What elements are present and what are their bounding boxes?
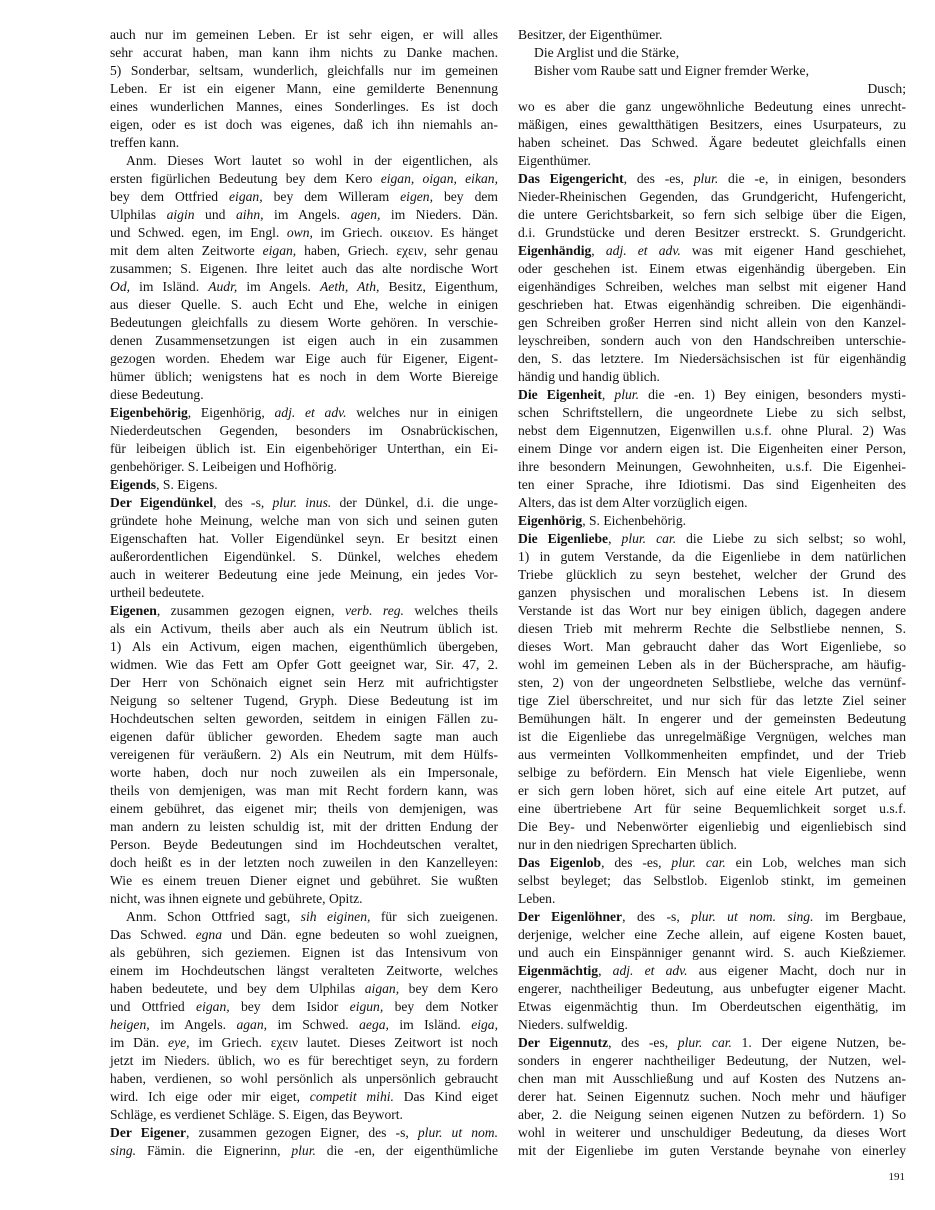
- text-line: Das Eigengericht, des -es, plur. die -e,…: [518, 170, 906, 188]
- text-line: mit dem alten Zeitworte eigan, haben, Gr…: [110, 242, 498, 260]
- text-line: eigenen dafür üblicher geworden. Ehedem …: [110, 728, 498, 746]
- text-line: treffen kann.: [110, 134, 498, 152]
- text-line: er sich gern loben höret, sich auf eine …: [518, 782, 906, 800]
- text-line: Eigenthümer.: [518, 152, 906, 170]
- text-line: einem gebühret, das eigenet mir; theils …: [110, 800, 498, 818]
- text-line: ten einer Sprache, ihre Idiotismi. Das s…: [518, 476, 906, 494]
- text-line: mäßigen, eines gewaltthätigen Besitzers,…: [518, 116, 906, 134]
- text-line: Verstande ist das Wort nur bey einigen ü…: [518, 602, 906, 620]
- text-line: Hochdeutschen selten geworden, seitdem i…: [110, 710, 498, 728]
- text-line: wird. Ich eige oder mir eiget, competit …: [110, 1088, 498, 1106]
- text-line: als gebühren, sich geziemen. Eignen ist …: [110, 944, 498, 962]
- text-line: Der Eigendünkel, des -s, plur. inus. der…: [110, 494, 498, 512]
- text-line: selbst beyleget; das Selbstlob. Eigenlob…: [518, 872, 906, 890]
- text-line: Ulphilas aigin und aihn, im Angels. agen…: [110, 206, 498, 224]
- text-line: aus vermeinten Vollkommenheiten empfinde…: [518, 746, 906, 764]
- text-line: dieses Wort. Man gebraucht daher das Wor…: [518, 638, 906, 656]
- text-line: 1) Als ein Activum, eigen machen, eigent…: [110, 638, 498, 656]
- right-column: Besitzer, der Eigenthümer.Die Arglist un…: [518, 26, 906, 1160]
- text-line: ganzen physischen und moralischen Lebens…: [518, 584, 906, 602]
- text-line: Etwas eigenmächtig thun. Im Oberdeutsche…: [518, 998, 906, 1016]
- text-line: derer hat. Seinen Eigennutz suchen. Noch…: [518, 1088, 906, 1106]
- text-line: Der Eigenlöhner, des -s, plur. ut nom. s…: [518, 908, 906, 926]
- text-line: 1) in gutem Verstande, da die Eigenliebe…: [518, 548, 906, 566]
- text-line: schen Schriftstellern, die ungeordnete L…: [518, 404, 906, 422]
- text-line: Der Eigener, zusammen gezogen Eigner, de…: [110, 1124, 498, 1142]
- text-line: hümer üblich; wenigstens hat es noch in …: [110, 368, 498, 386]
- text-line: sten, 2) von der ungeordneten Selbstlieb…: [518, 674, 906, 692]
- text-line: auch nur im gemeinen Leben. Er ist sehr …: [110, 26, 498, 44]
- text-line: Nieder-Rheinischen Gegenden, das Grundge…: [518, 188, 906, 206]
- text-line: einem Dinge vor andern eigen ist. Die Ei…: [518, 440, 906, 458]
- text-line: doch heißt es in der letzten noch zuweil…: [110, 854, 498, 872]
- text-line: aus dieser Quelle. S. auch Echt und Ehe,…: [110, 296, 498, 314]
- text-line: Niederdeutschen Gegenden, besonders im O…: [110, 422, 498, 440]
- text-line: den, S. das letztere. Im Niedersächsisch…: [518, 350, 906, 368]
- text-line: wohl im gemeinen Leben als in der Bücher…: [518, 656, 906, 674]
- text-line: Wie es einem treuen Diener eignet und ge…: [110, 872, 498, 890]
- text-line: auch in weiterer Bedeutung eine jede Mei…: [110, 566, 498, 584]
- text-line: Od, im Isländ. Audr, im Angels. Aeth, At…: [110, 278, 498, 296]
- text-line: Nieders. sulfweldig.: [518, 1016, 906, 1034]
- text-line: Person. Beyde Bedeutungen sind im Hochde…: [110, 836, 498, 854]
- text-line: sehr accurat haben, man kann ihm nichts …: [110, 44, 498, 62]
- text-line: eine übertriebene Art für seine Bequemli…: [518, 800, 906, 818]
- text-line: gründete hohe Meinung, welche man von si…: [110, 512, 498, 530]
- text-line: leyschreiben, sondern auch von den Hands…: [518, 332, 906, 350]
- text-line: gezogen worden. Ehedem war Eige auch für…: [110, 350, 498, 368]
- text-line: händig und handig üblich.: [518, 368, 906, 386]
- text-line: man andern zu leisten schuldig ist, mit …: [110, 818, 498, 836]
- text-line: urtheil bedeutete.: [110, 584, 498, 602]
- text-line: die untere Gerichtsbarkeit, so fern sich…: [518, 206, 906, 224]
- text-line: Die Arglist und die Stärke,: [518, 44, 906, 62]
- text-line: als ein Activum, theils aber auch als ei…: [110, 620, 498, 638]
- text-line: ist die Eigenliebe das unregelmäßige Ver…: [518, 728, 906, 746]
- text-line: sonders in engerer nachtheiliger Bedeutu…: [518, 1052, 906, 1070]
- text-line: mit der Eigenliebe im guten Verstande be…: [518, 1142, 906, 1160]
- text-line: und auch ein Einspänniger genannt wird. …: [518, 944, 906, 962]
- text-line: Der Eigennutz, des -es, plur. car. 1. De…: [518, 1034, 906, 1052]
- text-line: Eigenschaften hat. Voller Eigendünkel se…: [110, 530, 498, 548]
- text-line: Der Herr von Schönaich eignet sein Herz …: [110, 674, 498, 692]
- text-line: Bisher vom Raube satt und Eigner fremder…: [518, 62, 906, 80]
- text-line: genbehöriger. S. Leibeigen und Hofhörig.: [110, 458, 498, 476]
- text-line: für leibeigen üblich ist. Ein eigenbehör…: [110, 440, 498, 458]
- text-line: 5) Sonderbar, seltsam, wunderlich, gleic…: [110, 62, 498, 80]
- text-line: nebst dem Eigennutzen, Eigenwillen u.s.f…: [518, 422, 906, 440]
- text-line: Eigenbehörig, Eigenhörig, adj. et adv. w…: [110, 404, 498, 422]
- text-line: eigen, oder es ist doch was eigenes, daß…: [110, 116, 498, 134]
- text-line: nur in den niedrigen Sprecharten üblich.: [518, 836, 906, 854]
- text-line: Eigenhörig, S. Eichenbehörig.: [518, 512, 906, 530]
- text-line: haben, verdienen, so wohl persönlich als…: [110, 1070, 498, 1088]
- text-line: Neigung so seltener Tugend, Gryph. Diese…: [110, 692, 498, 710]
- text-line: derjenige, welcher eine Zeche allein, au…: [518, 926, 906, 944]
- text-line: sing. Fämin. die Eignerinn, plur. die -e…: [110, 1142, 498, 1160]
- text-line: wo es aber die ganz ungewöhnliche Bedeut…: [518, 98, 906, 116]
- text-line: Anm. Dieses Wort lautet so wohl in der e…: [110, 152, 498, 170]
- text-line: haben bedeutete, und bey dem Ulphilas ai…: [110, 980, 498, 998]
- text-line: vereigenen für veräußern. 2) Als ein Neu…: [110, 746, 498, 764]
- text-line: jetzt im Nieders. üblich, wo es für bere…: [110, 1052, 498, 1070]
- text-line: zusammen; S. Eigenen. Ihre leitet auch d…: [110, 260, 498, 278]
- text-line: widmen. Wie das Fett am Opfer Gott geeig…: [110, 656, 498, 674]
- text-line: gen Schreiben großer Herren sind nicht a…: [518, 314, 906, 332]
- text-line: Eigenhändig, adj. et adv. was mit eigene…: [518, 242, 906, 260]
- text-line: ihre besondern Meinungen, Gewohnheiten, …: [518, 458, 906, 476]
- text-line: Dusch;: [518, 80, 906, 98]
- text-line: und Schwed. egen, im Engl. own, im Griec…: [110, 224, 498, 242]
- text-line: bey dem Ottfried eigan, bey dem Willeram…: [110, 188, 498, 206]
- text-line: außerordentlichen Eigendünkel. S. Dünkel…: [110, 548, 498, 566]
- text-line: Die Bey- und Nebenwörter eigenliebig und…: [518, 818, 906, 836]
- text-line: selbige zu befördern. Ein Mensch hat vie…: [518, 764, 906, 782]
- text-line: chen man mit Ausschließung und auf Koste…: [518, 1070, 906, 1088]
- text-line: einem im Hochdeutschen längst veralteten…: [110, 962, 498, 980]
- text-line: diese Bedeutung.: [110, 386, 498, 404]
- text-line: Bemühungen hält. In engerer und der geme…: [518, 710, 906, 728]
- text-line: eigenhändiges Schreiben, welches man sel…: [518, 278, 906, 296]
- text-line: Besitzer, der Eigenthümer.: [518, 26, 906, 44]
- text-line: Eigenen, zusammen gezogen eignen, verb. …: [110, 602, 498, 620]
- text-line: Das Schwed. egna und Dän. egne bedeuten …: [110, 926, 498, 944]
- text-line: Die Eigenliebe, plur. car. die Liebe zu …: [518, 530, 906, 548]
- text-line: Triebe glücklich zu seyn bestehet, welch…: [518, 566, 906, 584]
- text-line: heigen, im Angels. agan, im Schwed. aega…: [110, 1016, 498, 1034]
- text-line: ersten figürlichen Bedeutung bey dem Ker…: [110, 170, 498, 188]
- text-line: und Ottfried eigan, bey dem Isidor eigun…: [110, 998, 498, 1016]
- text-line: Das Eigenlob, des -es, plur. car. ein Lo…: [518, 854, 906, 872]
- text-line: denen Zusammensetzungen ist eigen auch i…: [110, 332, 498, 350]
- text-line: worte haben, doch nur noch zuweilen als …: [110, 764, 498, 782]
- page-number: 191: [889, 1171, 906, 1183]
- text-line: Bedeutungen gleichfalls zu diesem Worte …: [110, 314, 498, 332]
- text-line: haben scheinet. Das Schwed. Ägare bedeut…: [518, 134, 906, 152]
- text-line: nicht, was ihnen eignete und gebührete, …: [110, 890, 498, 908]
- text-line: Die Eigenheit, plur. die -en. 1) Bey ein…: [518, 386, 906, 404]
- text-line: diesen Trieb mit mehrerm Rechte die Selb…: [518, 620, 906, 638]
- left-column: auch nur im gemeinen Leben. Er ist sehr …: [110, 26, 498, 1160]
- text-line: Eigends, S. Eigens.: [110, 476, 498, 494]
- text-line: Anm. Schon Ottfried sagt, sih eiginen, f…: [110, 908, 498, 926]
- text-line: oder geschehen ist. Einem etwas eigenhän…: [518, 260, 906, 278]
- text-line: Leben.: [518, 890, 906, 908]
- text-line: Eigenmächtig, adj. et adv. aus eigener M…: [518, 962, 906, 980]
- text-line: Leben. Er ist ein eigener Mann, eine gem…: [110, 80, 498, 98]
- text-line: eines wunderlichen Mannes, eines Sonderl…: [110, 98, 498, 116]
- text-line: Schläge, es verdienet Schläge. S. Eigen,…: [110, 1106, 498, 1124]
- text-line: d.i. Grundstücke und deren Besitzer erst…: [518, 224, 906, 242]
- text-line: geschrieben hat. Etwas eigenhändig schre…: [518, 296, 906, 314]
- text-line: im Dän. eye, im Griech. εχειν lautet. Di…: [110, 1034, 498, 1052]
- text-line: aber, 2. die Neigung seinen eigenen Nutz…: [518, 1106, 906, 1124]
- text-line: theils von demjenigen, was man mit Recht…: [110, 782, 498, 800]
- text-line: Alters, das ist dem Alter vorzüglich eig…: [518, 494, 906, 512]
- text-line: wohl in weiterer und unschuldiger Bedeut…: [518, 1124, 906, 1142]
- text-line: tige Ziel überschreitet, und nur sich fü…: [518, 692, 906, 710]
- text-line: engerer, nachtheiliger Bedeutung, aus un…: [518, 980, 906, 998]
